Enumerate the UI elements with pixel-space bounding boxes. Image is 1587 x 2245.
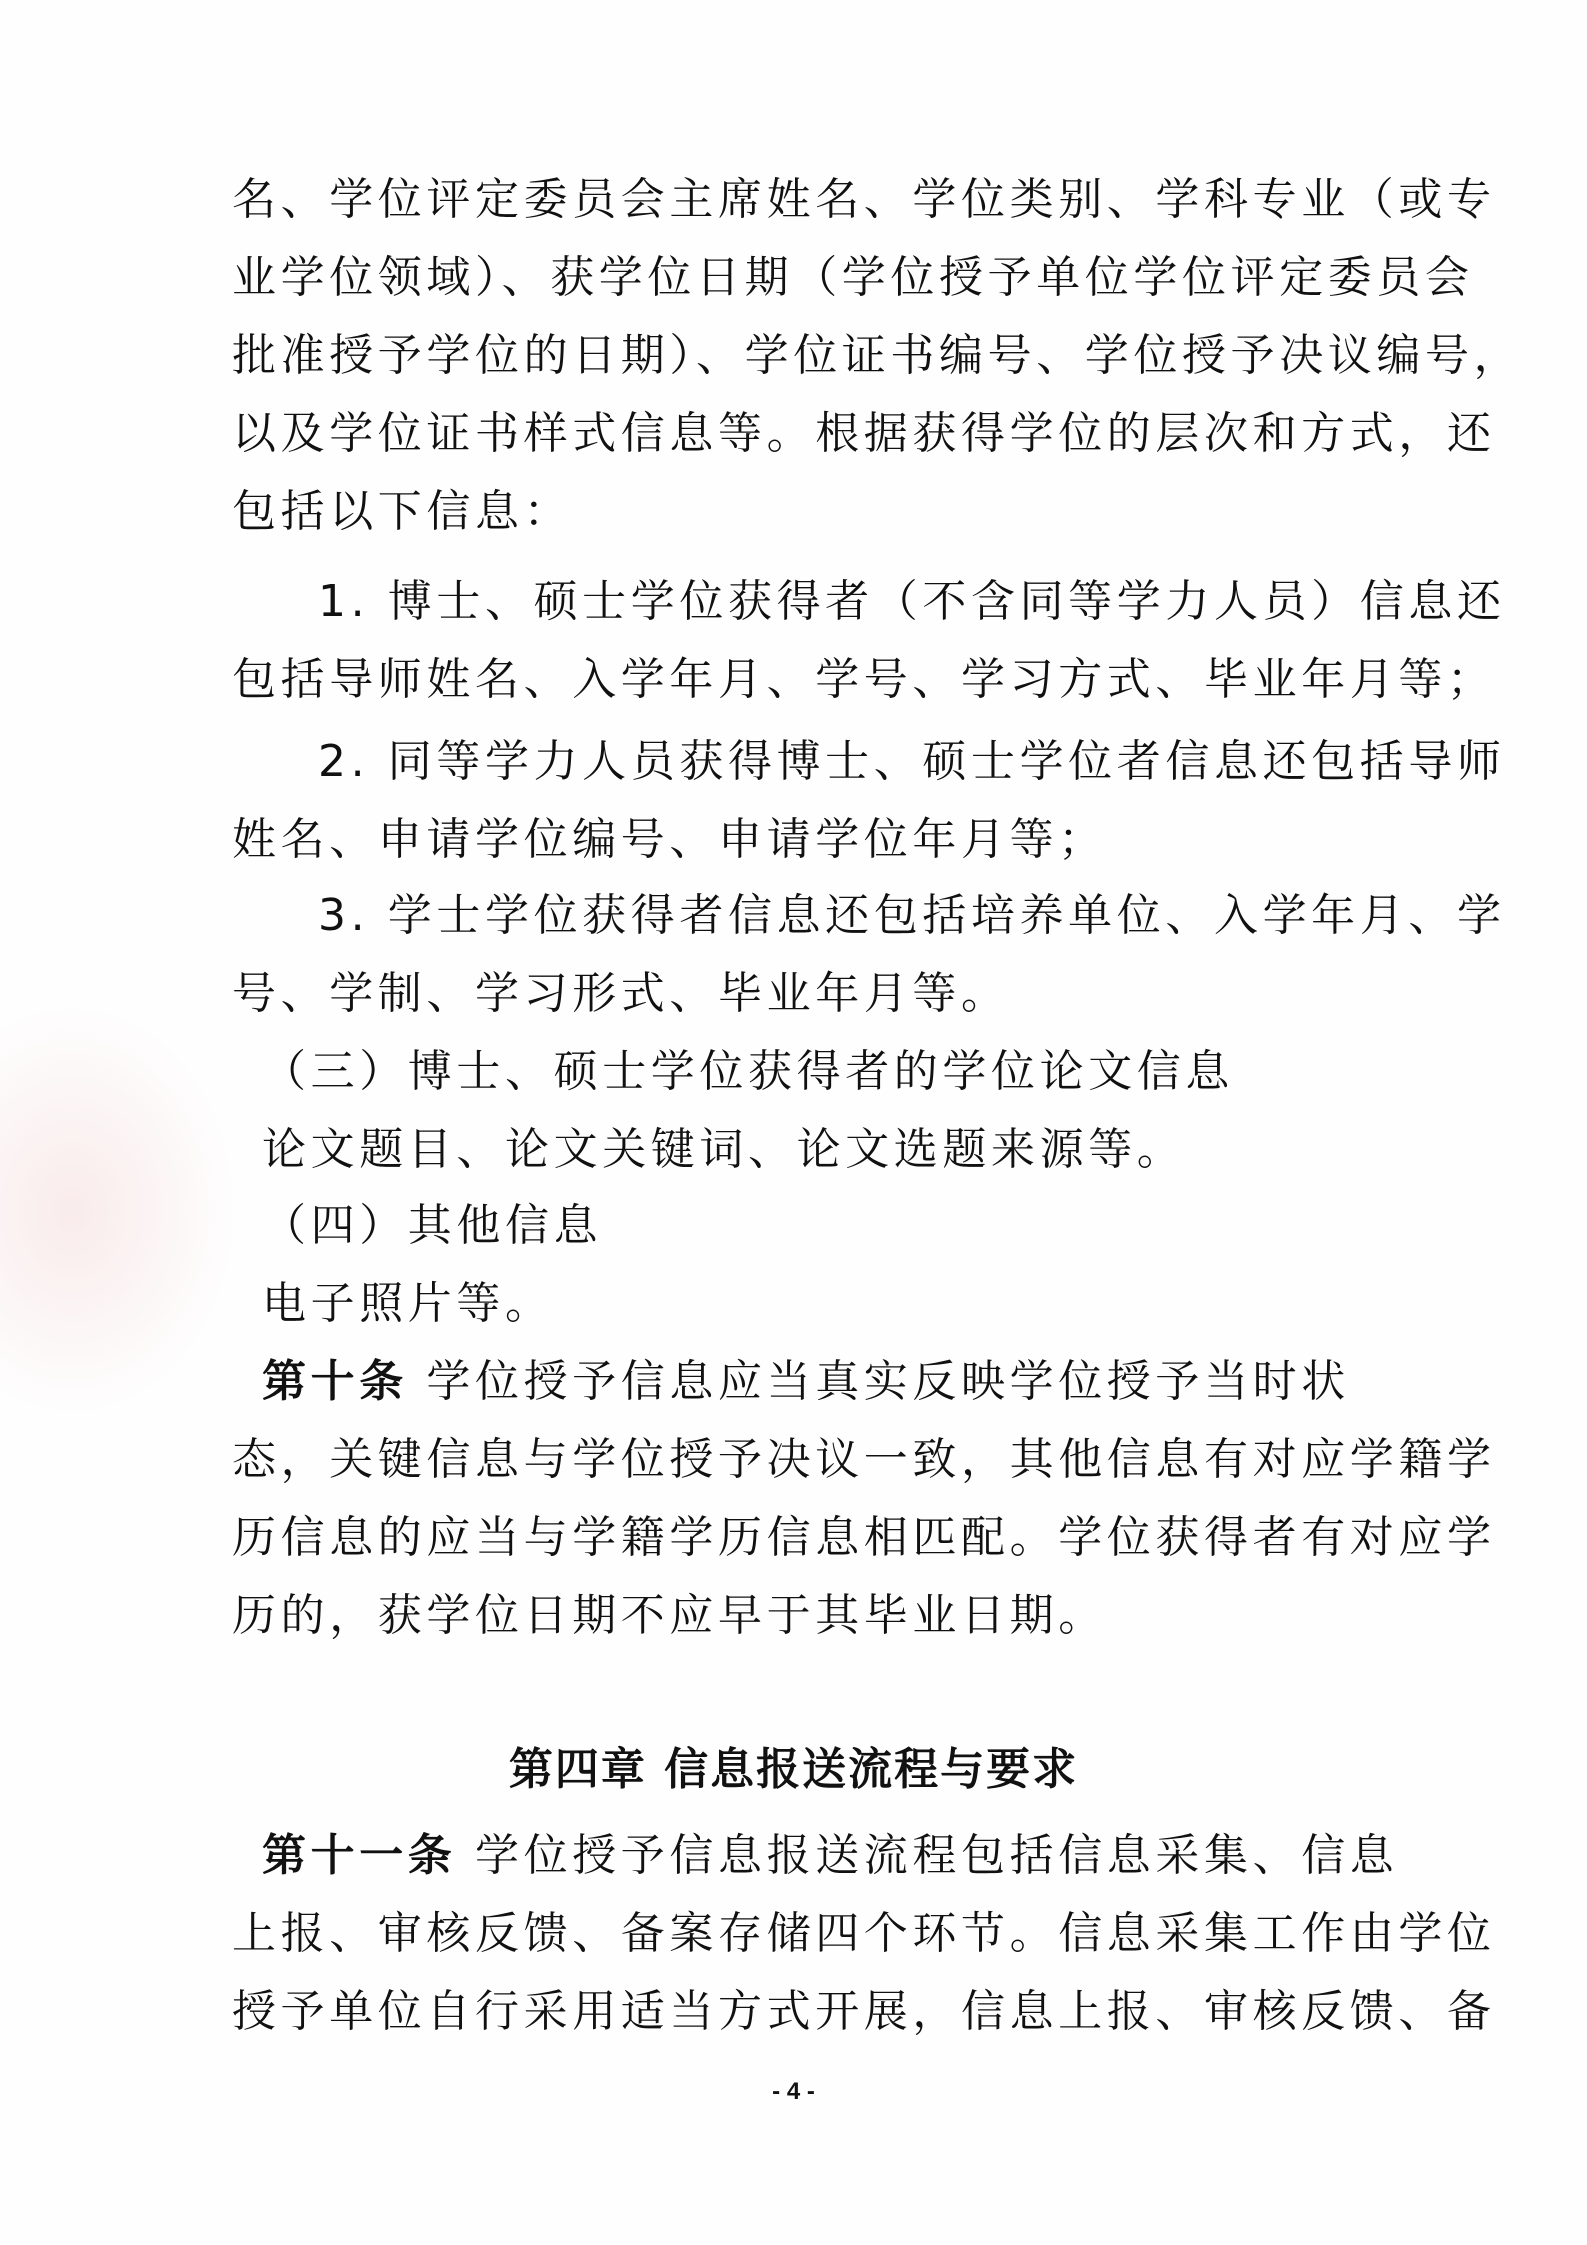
section-heading-3: （三）博士、硕士学位获得者的学位论文信息 (262, 1044, 1234, 1100)
article-10-first-line: 第十条 学位授予信息应当真实反映学位授予当时状 (262, 1354, 1350, 1410)
list-item-1: 1. 博士、硕士学位获得者（不含同等学力人员）信息还 (318, 574, 1506, 630)
article-10-text: 学位授予信息应当真实反映学位授予当时状 (426, 1356, 1349, 1407)
article-11-text: 学位授予信息报送流程包括信息采集、信息 (475, 1830, 1398, 1881)
body-line: 包括导师姓名、入学年月、学号、学习方式、毕业年月等； (232, 652, 1496, 708)
body-line: 业学位领域）、获学位日期（学位授予单位学位评定委员会 (232, 250, 1474, 306)
body-line: 批准授予学位的日期）、学位证书编号、学位授予决议编号， (232, 328, 1522, 384)
paper-stain (0, 1000, 240, 1420)
body-line: 态，关键信息与学位授予决议一致，其他信息有对应学籍学 (232, 1432, 1496, 1488)
page-number: - 4 - (0, 2078, 1587, 2106)
body-line: 姓名、申请学位编号、申请学位年月等； (232, 812, 1107, 868)
body-line: 上报、审核反馈、备案存储四个环节。信息采集工作由学位 (232, 1906, 1496, 1962)
chapter-title: 第四章 信息报送流程与要求 (0, 1742, 1587, 1798)
list-item-2: 2. 同等学力人员获得博士、硕士学位者信息还包括导师 (318, 734, 1506, 790)
list-item-3: 3. 学士学位获得者信息还包括培养单位、入学年月、学 (318, 888, 1506, 944)
document-page: 名、学位评定委员会主席姓名、学位类别、学科专业（或专 业学位领域）、获学位日期（… (0, 0, 1587, 2245)
article-11-label: 第十一条 (262, 1830, 456, 1881)
body-line: 历的，获学位日期不应早于其毕业日期。 (232, 1588, 1107, 1644)
body-line: 授予单位自行采用适当方式开展，信息上报、审核反馈、备 (232, 1984, 1496, 2040)
section-heading-4: （四）其他信息 (262, 1198, 602, 1254)
body-line: 历信息的应当与学籍学历信息相匹配。学位获得者有对应学 (232, 1510, 1496, 1566)
body-line: 号、学制、学习形式、毕业年月等。 (232, 966, 1010, 1022)
body-line: 论文题目、论文关键词、论文选题来源等。 (262, 1122, 1185, 1178)
article-10-label: 第十条 (262, 1356, 408, 1407)
body-line: 电子照片等。 (262, 1276, 554, 1332)
body-line: 以及学位证书样式信息等。根据获得学位的层次和方式，还 (232, 406, 1496, 462)
body-line: 包括以下信息： (232, 484, 572, 540)
body-line: 名、学位评定委员会主席姓名、学位类别、学科专业（或专 (232, 172, 1496, 228)
article-11-first-line: 第十一条 学位授予信息报送流程包括信息采集、信息 (262, 1828, 1398, 1884)
